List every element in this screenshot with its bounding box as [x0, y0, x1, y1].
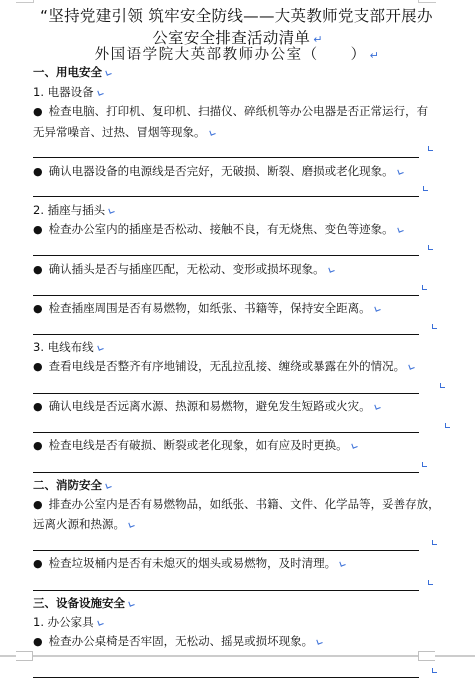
paragraph-mark-icon [432, 540, 437, 545]
bullet-icon: ● [33, 263, 43, 276]
paragraph-mark-icon [128, 600, 134, 606]
checklist-item: ●排查办公室内是否有易燃物品，如纸张、书籍、文件、化学品等，妥善存放， [33, 496, 440, 512]
bullet-icon: ● [33, 400, 43, 413]
paragraph-mark-icon [209, 129, 215, 135]
bullet-icon: ● [33, 360, 43, 373]
checklist-item-continuation: 无异常噪音、过热、冒烟等现象。 [33, 124, 215, 140]
checklist-item: ●确认电线是否远离水源、热源和易燃物，避免发生短路或火灾。 [33, 398, 380, 414]
answer-line[interactable] [33, 472, 419, 473]
paragraph-mark-icon [351, 442, 357, 448]
checklist-item: ●检查垃圾桶内是否有未熄灭的烟头或易燃物，及时清理。 [33, 555, 345, 571]
page-corner-mark-bottom-left [16, 651, 33, 661]
subsection-heading-wiring: 3. 电线布线 [33, 339, 103, 355]
section-heading-fire-safety: 二、消防安全 [33, 477, 111, 493]
paragraph-mark-icon [428, 580, 433, 585]
checklist-item-continuation: 远离火源和热源。 [33, 516, 134, 532]
answer-line[interactable] [33, 295, 419, 296]
answer-line[interactable] [33, 334, 419, 335]
paragraph-mark-icon [408, 363, 414, 369]
paragraph-mark-icon [422, 462, 427, 467]
checklist-item: ●检查插座周围是否有易燃物，如纸张、书籍等，保持安全距离。 [33, 300, 380, 316]
checklist-item: ●确认电器设备的电源线是否完好，无破损、断裂、磨损或老化现象。 [33, 163, 403, 179]
paragraph-mark-icon [108, 207, 114, 213]
answer-line[interactable] [33, 677, 419, 678]
paragraph-mark-icon [374, 305, 380, 311]
subsection-heading-office-furniture: 1. 办公家具 [33, 614, 103, 630]
answer-line[interactable] [33, 255, 419, 256]
paragraph-mark-icon [374, 403, 380, 409]
paragraph-mark-icon [445, 423, 450, 428]
paragraph-mark-icon [128, 521, 134, 527]
paragraph-mark-icon: ↵ [370, 49, 381, 62]
answer-line[interactable] [33, 550, 419, 551]
document-page: “坚持党建引领 筑牢安全防线——大英教师党支部开展办 公室安全排查活动清单↵ 外… [0, 0, 475, 683]
bullet-icon: ● [33, 439, 43, 452]
paragraph-mark-icon [397, 168, 403, 174]
checklist-item: ●检查电线是否有破损、断裂或老化现象，如有应及时更换。 [33, 437, 357, 453]
paragraph-mark-icon [328, 266, 334, 272]
answer-line[interactable] [33, 157, 419, 158]
page-corner-mark-top-left [16, 0, 34, 3]
answer-line[interactable] [33, 196, 419, 197]
paragraph-mark-icon [428, 146, 433, 151]
bullet-icon: ● [33, 165, 43, 178]
paragraph-mark-icon [105, 69, 111, 75]
bullet-icon: ● [33, 635, 43, 648]
bullet-icon: ● [33, 223, 43, 236]
paragraph-mark-icon [432, 324, 437, 329]
paragraph-mark-icon [432, 668, 437, 673]
paragraph-mark-icon [97, 619, 103, 625]
paragraph-mark-icon [97, 344, 103, 350]
answer-line[interactable] [33, 590, 419, 591]
page-corner-mark-bottom-right [418, 651, 435, 661]
document-subtitle: 外国语学院大英部教师办公室（ ）↵ [0, 43, 475, 64]
paragraph-mark-icon [423, 186, 428, 191]
subsection-heading-sockets-plugs: 2. 插座与插头 [33, 202, 114, 218]
paragraph-mark-icon [316, 638, 322, 644]
document-title-line1: “坚持党建引领 筑牢安全防线——大英教师党支部开展办 [40, 4, 440, 26]
checklist-item: ●检查办公室内的插座是否松动、接触不良，有无烧焦、变色等迹象。 [33, 221, 403, 237]
paragraph-mark-icon [428, 245, 433, 250]
paragraph-mark-icon [105, 482, 111, 488]
bullet-icon: ● [33, 498, 43, 511]
bullet-icon: ● [33, 557, 43, 570]
checklist-item: ●检查办公桌椅是否牢固，无松动、摇晃或损坏现象。 [33, 633, 322, 649]
answer-line[interactable] [33, 432, 419, 433]
section-heading-equipment-safety: 三、设备设施安全 [33, 595, 134, 611]
section-heading-electrical-safety: 一、用电安全 [33, 64, 111, 80]
paragraph-mark-icon [422, 285, 427, 290]
paragraph-mark-icon [339, 560, 345, 566]
paragraph-mark-icon [97, 89, 103, 95]
page-break-separator [0, 655, 475, 657]
paragraph-mark-icon [397, 226, 403, 232]
checklist-item: ●查看电线是否整齐有序地铺设，无乱拉乱接、缠绕或暴露在外的情况。 [33, 358, 414, 374]
bullet-icon: ● [33, 105, 43, 118]
bullet-icon: ● [33, 302, 43, 315]
paragraph-mark-icon [440, 383, 445, 388]
answer-line[interactable] [33, 393, 419, 394]
page-corner-mark-top-right [418, 0, 436, 3]
checklist-item: ●确认插头是否与插座匹配，无松动、变形或损坏现象。 [33, 261, 334, 277]
subsection-heading-electrical-devices: 1. 电器设备 [33, 84, 103, 100]
checklist-item: ●检查电脑、打印机、复印机、扫描仪、碎纸机等办公电器是否正常运行，有 [33, 103, 428, 119]
